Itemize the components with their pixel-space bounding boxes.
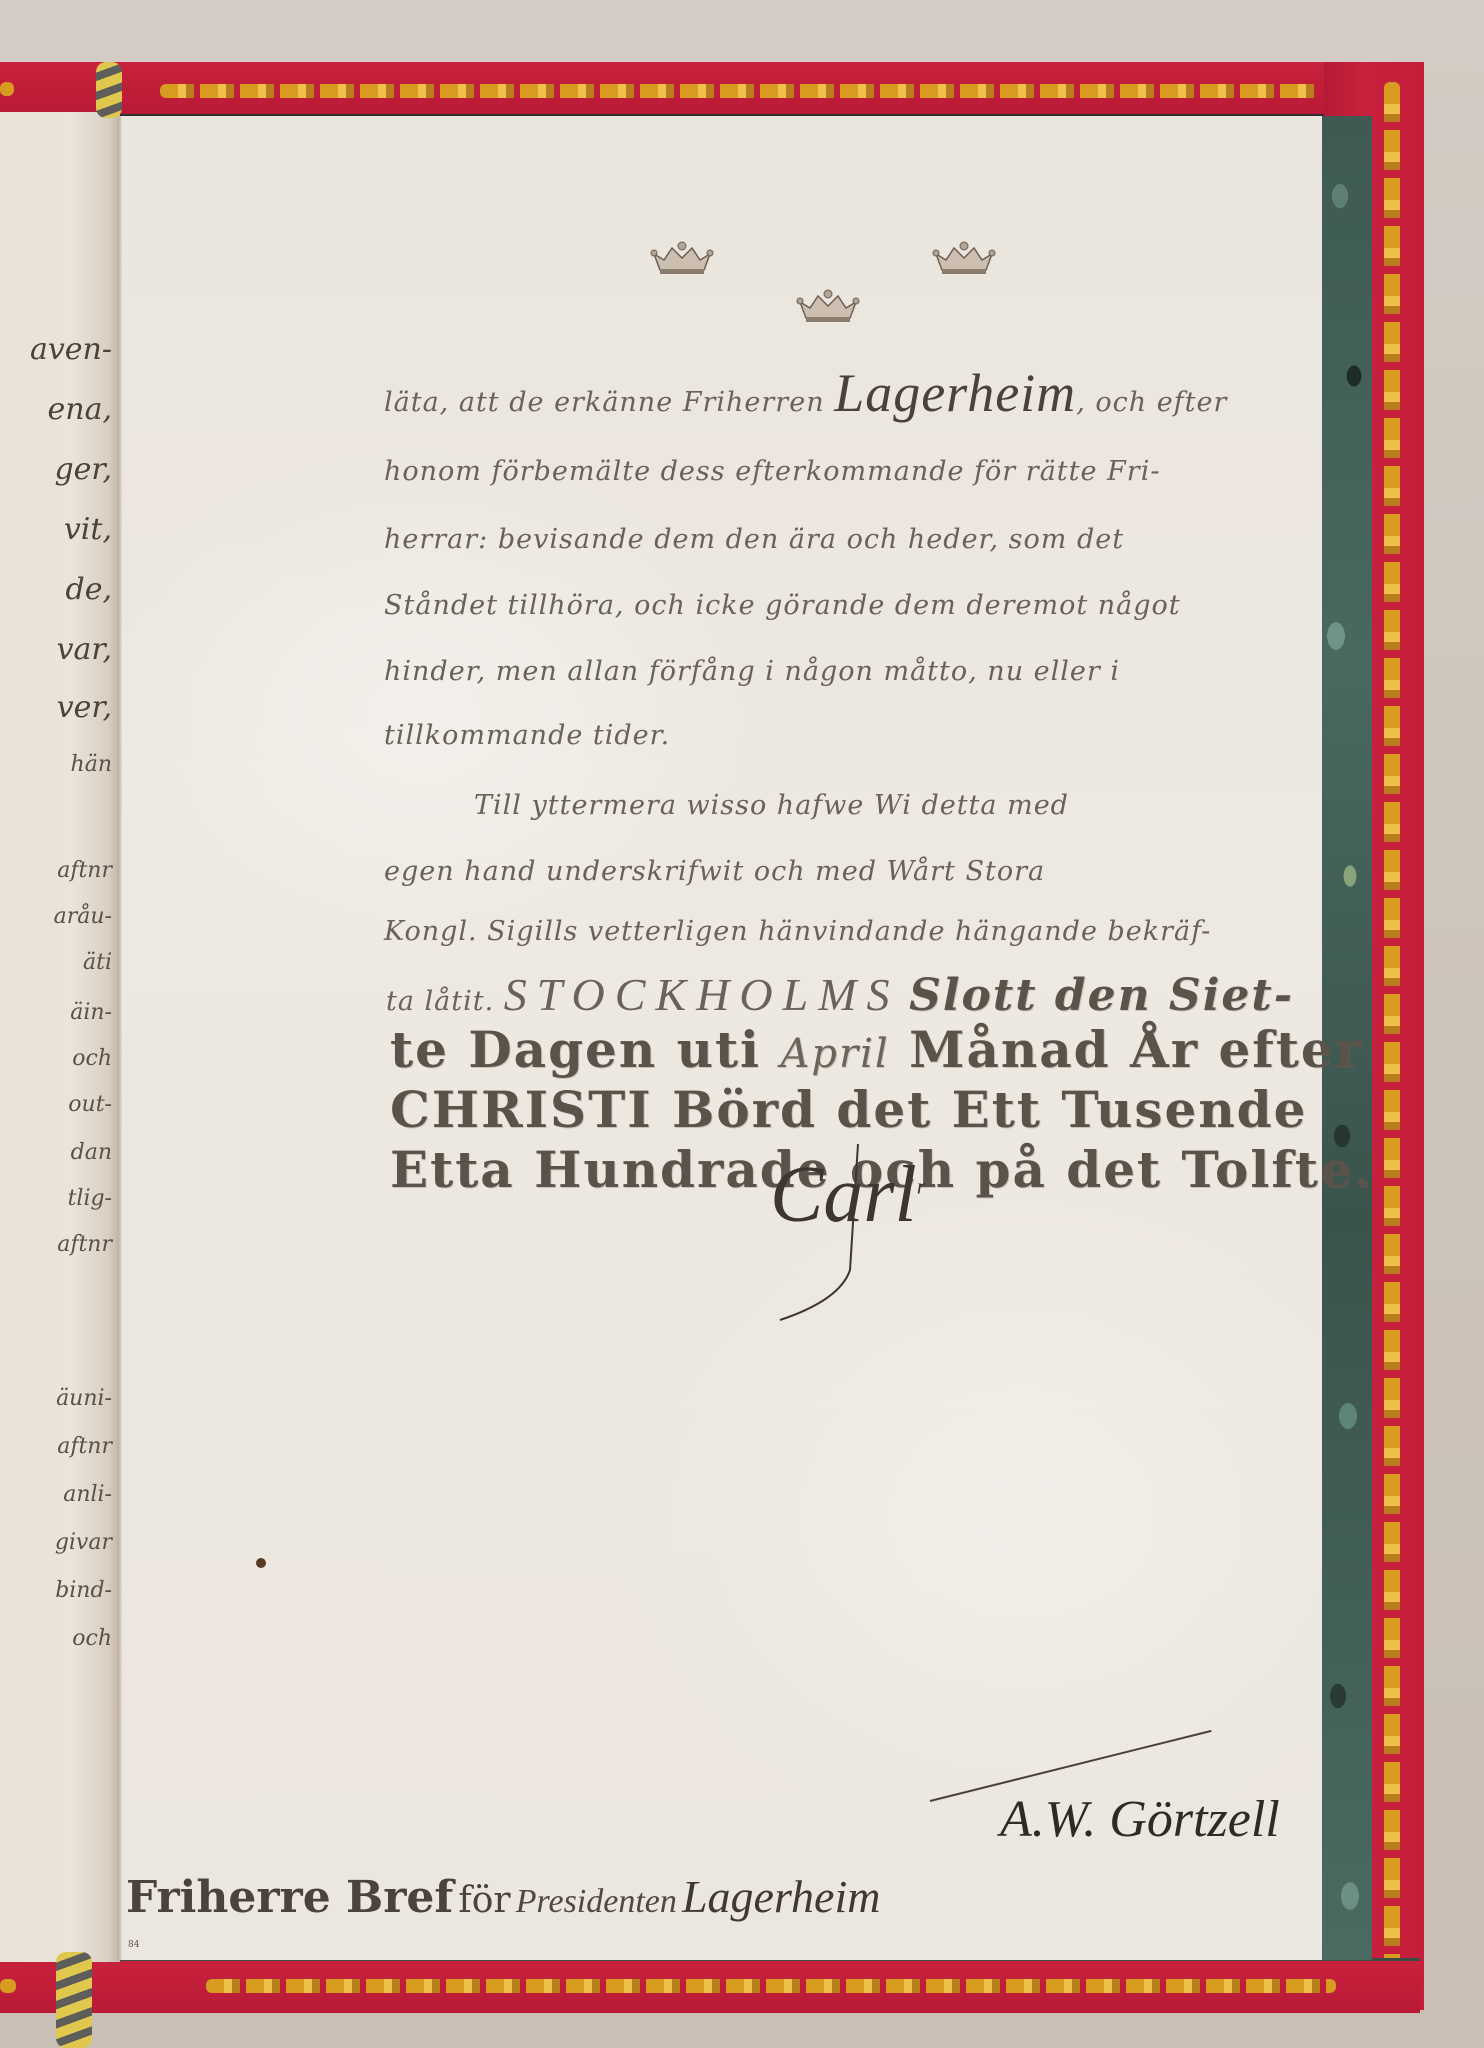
body-line: Ståndet tillhöra, och icke görande dem d… (384, 590, 1181, 621)
body-line: Till yttermera wisso hafwe Wi detta med (474, 790, 1069, 821)
body-line: Kongl. Sigills vetterligen hänvindande h… (384, 916, 1211, 947)
left-fragment: hän (71, 752, 112, 777)
signature-superscript: r (917, 1173, 926, 1198)
body-line: tillkommande tider. (384, 720, 670, 751)
gilt-border-bottom-left-fragment (0, 1979, 16, 1993)
body-line: herrar: bevisande dem den ära och heder,… (384, 524, 1124, 555)
date-line-1: ta låtit. STOCKHOLMS Slott den Siet- (386, 968, 1294, 1021)
leather-cover-top (0, 62, 1424, 119)
left-fragment: äin- (70, 1000, 112, 1025)
left-fragment: bind- (55, 1578, 112, 1603)
gilt-border-top-left-fragment (0, 82, 14, 96)
gilt-border-right (1384, 82, 1400, 1982)
body-text: läta, att de erkänne Friherren (384, 387, 834, 418)
left-fragment: och (72, 1626, 112, 1651)
date-text: ta låtit. (386, 986, 494, 1017)
left-fragment: ger, (54, 452, 112, 487)
signature-flourish-icon (770, 1140, 890, 1330)
date-text: Slott den Siet- (909, 970, 1294, 1021)
endorsement-for: för (458, 1880, 510, 1921)
left-fragment: de, (66, 572, 113, 607)
date-line-2: te Dagen uti April Månad År efter (390, 1020, 1363, 1079)
countersignature: A.W. Görtzell (1000, 1790, 1280, 1849)
tassel-cord-top (96, 62, 122, 118)
leather-cover-bottom (0, 1958, 1420, 2013)
endorsement-name: Lagerheim (682, 1871, 881, 1922)
body-line: honom förbemälte dess efterkommande för … (384, 456, 1160, 487)
left-fragment: dan (71, 1140, 112, 1165)
folio-number: 84 (128, 1940, 139, 1950)
left-fragment: och (72, 1046, 112, 1071)
left-fragment: tlig- (68, 1186, 112, 1211)
date-text: Månad År efter (909, 1020, 1363, 1079)
left-fragment: äuni- (56, 1386, 112, 1411)
document-photo: aven- ena, ger, vit, de, var, ver, hän a… (0, 0, 1484, 2048)
crown-icon (792, 288, 864, 324)
left-fragment: aråu- (54, 904, 112, 929)
left-fragment: ena, (48, 392, 113, 427)
endorsement-fraktur: Friherre Bref (126, 1872, 453, 1923)
body-line: egen hand underskrifwit och med Wårt Sto… (384, 856, 1045, 887)
gilt-border-bottom (206, 1979, 1336, 1993)
body-line: hinder, men allan förfång i någon måtto,… (384, 656, 1120, 687)
left-fragment: out- (68, 1092, 112, 1117)
left-fragment: aftnr (57, 1232, 112, 1257)
date-line-3: CHRISTI Börd det Ett Tusende (390, 1080, 1307, 1139)
left-fragment: aven- (30, 332, 112, 367)
left-fragment: äti (83, 950, 112, 975)
crown-icon (646, 240, 718, 276)
name-lagerheim: Lagerheim (834, 363, 1076, 423)
body-text: , och efter (1076, 387, 1227, 418)
crown-icon (928, 240, 1000, 276)
document-endorsement: Friherre Bref för Presidenten Lagerheim (126, 1870, 880, 1923)
tassel-cord-bottom (56, 1952, 92, 2048)
left-fragment: givar (55, 1530, 112, 1555)
body-line: läta, att de erkänne Friherren Lagerheim… (384, 362, 1227, 424)
left-fragment: aftnr (57, 1434, 112, 1459)
date-text: te Dagen uti (390, 1020, 761, 1079)
left-fragment: ver, (57, 690, 112, 725)
left-fragment: anli- (63, 1482, 112, 1507)
ink-spot (256, 1558, 266, 1568)
left-fragment: vit, (64, 512, 112, 547)
left-page: aven- ena, ger, vit, de, var, ver, hän a… (0, 112, 120, 1962)
city-stockholm: STOCKHOLMS (504, 969, 900, 1020)
page-gutter (118, 116, 122, 1960)
gilt-border-top (160, 84, 1320, 98)
left-fragment: aftnr (57, 858, 112, 883)
left-fragment: var, (57, 632, 112, 667)
main-page: läta, att de erkänne Friherren Lagerheim… (120, 116, 1322, 1960)
month-april: April (780, 1031, 889, 1077)
endorsement-title: Presidenten (516, 1883, 677, 1920)
